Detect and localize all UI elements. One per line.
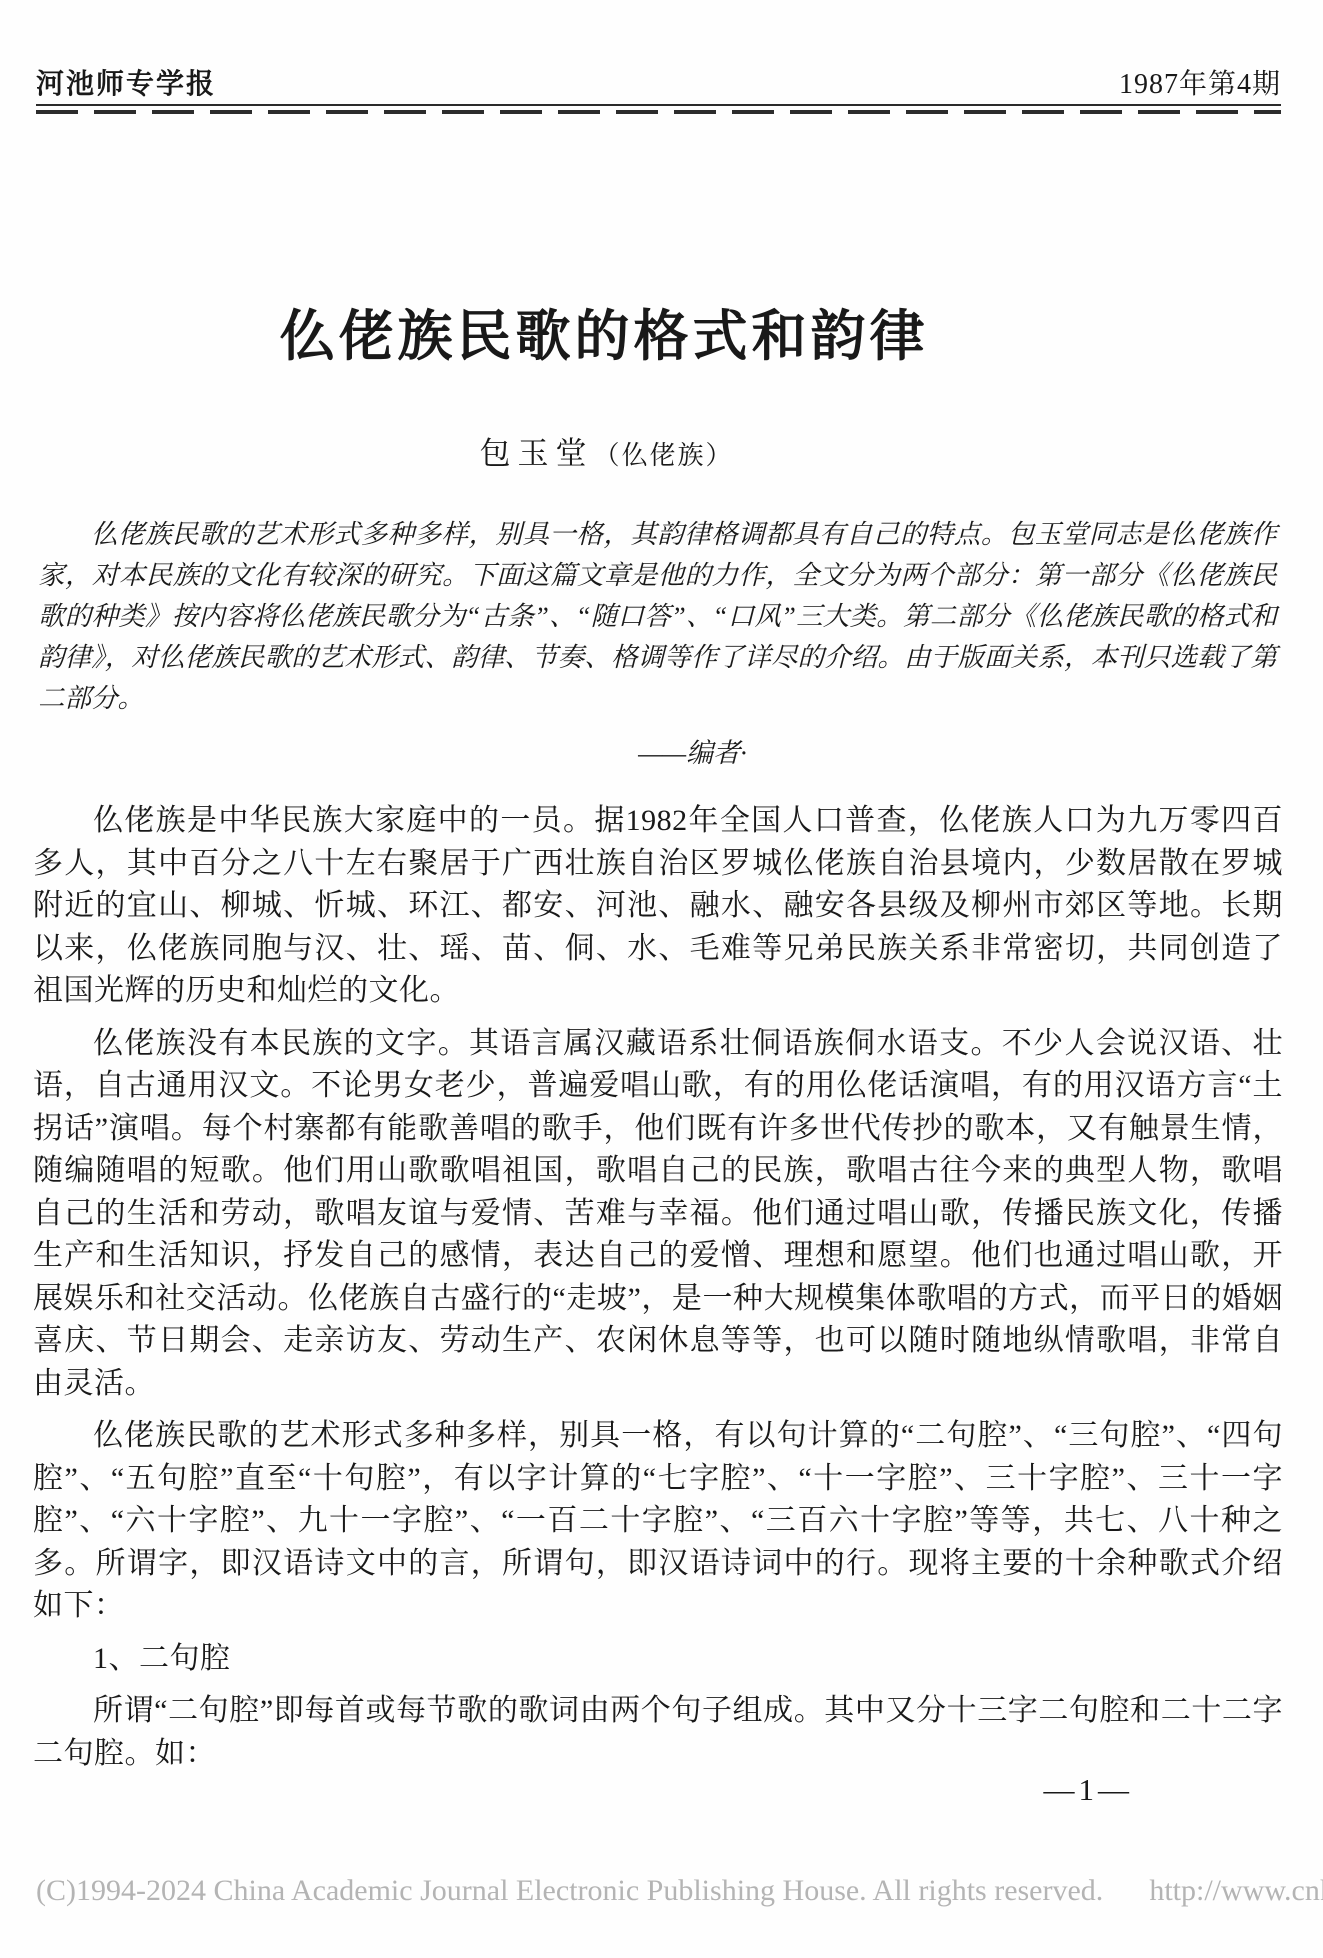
author-ethnicity-note: （仫佬族）: [593, 441, 733, 470]
copyright-url: http://www.cnk: [1149, 1874, 1323, 1907]
author-name: 包玉堂: [479, 436, 593, 471]
editor-note-text: 仫佬族民歌的艺术形式多种多样，别具一格，其韵律格调都具有自己的特点。包玉堂同志是…: [38, 514, 1277, 719]
journal-page: 河池师专学报 1987年第4期 仫佬族民歌的格式和韵律 包玉堂（仫佬族） 仫佬族…: [0, 0, 1323, 1958]
paragraph-4: 所谓“二句腔”即每首或每节歌的歌词由两个句子组成。其中又分十三字二句腔和二十二字…: [33, 1690, 1283, 1775]
article-body: 仫佬族是中华民族大家庭中的一员。据1982年全国人口普查，仫佬族人口为九万零四百…: [33, 800, 1283, 1785]
section-heading: 1、二句腔: [33, 1638, 1283, 1681]
journal-name: 河池师专学报: [36, 62, 216, 102]
header-rule-dashed: [36, 110, 1281, 114]
page-header: 河池师专学报 1987年第4期: [36, 62, 1281, 102]
issue-info: 1987年第4期: [1119, 62, 1281, 102]
article-author: 包玉堂（仫佬族）: [0, 428, 1213, 473]
copyright-notice: (C)1994-2024 China Academic Journal Elec…: [36, 1874, 1323, 1908]
header-rule-solid: [36, 104, 1281, 106]
paragraph-2: 仫佬族没有本民族的文字。其语言属汉藏语系壮侗语族侗水语支。不少人会说汉语、壮语，…: [33, 1023, 1283, 1406]
paragraph-1: 仫佬族是中华民族大家庭中的一员。据1982年全国人口普查，仫佬族人口为九万零四百…: [33, 800, 1283, 1013]
page-number: —1—: [1044, 1772, 1134, 1808]
editor-note: 仫佬族民歌的艺术形式多种多样，别具一格，其韵律格调都具有自己的特点。包玉堂同志是…: [38, 514, 1277, 774]
header-rule: [36, 104, 1281, 114]
article-title: 仫佬族民歌的格式和韵律: [0, 292, 1208, 371]
editor-signature: ——编者·: [38, 733, 1277, 774]
copyright-text: (C)1994-2024 China Academic Journal Elec…: [36, 1874, 1103, 1907]
paragraph-3: 仫佬族民歌的艺术形式多种多样，别具一格，有以句计算的“二句腔”、“三句腔”、“四…: [33, 1415, 1283, 1628]
